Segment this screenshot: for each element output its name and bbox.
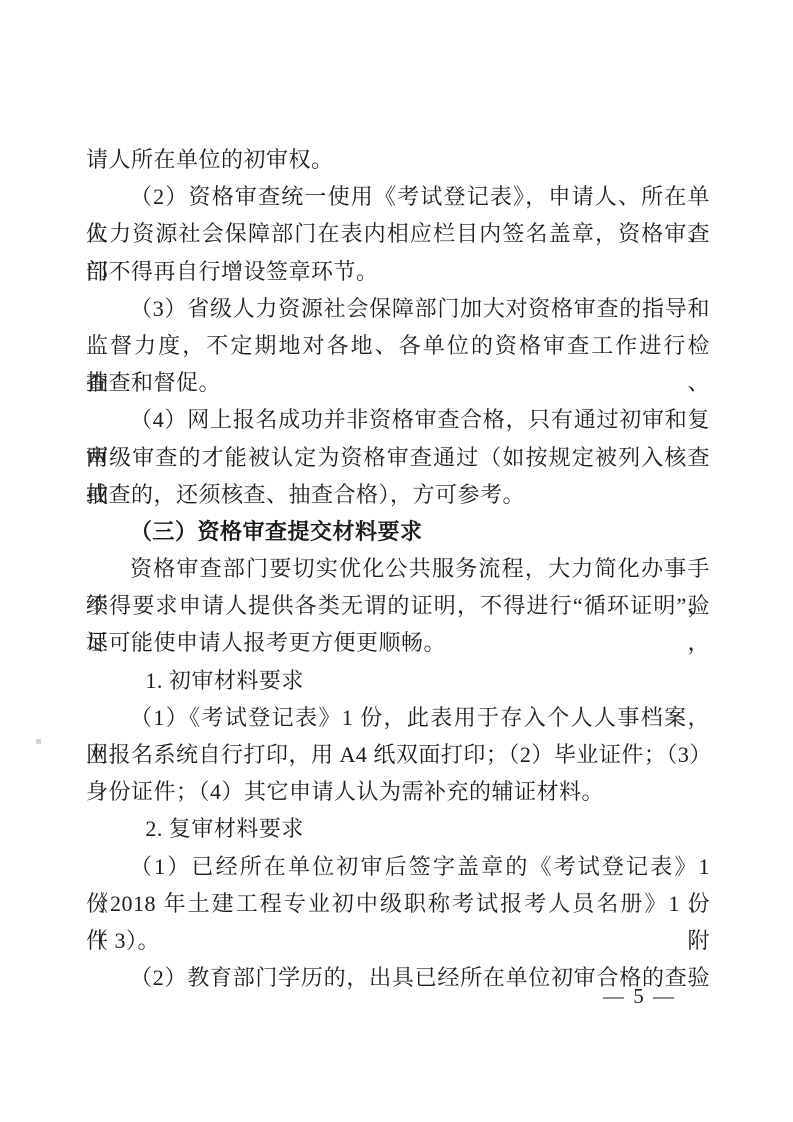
scan-artifact-speck bbox=[36, 739, 41, 744]
text-line: 人力资源社会保障部门在表内相应栏目内签名盖章，资格审查部 bbox=[86, 215, 710, 252]
text-line: （1）已经所在单位初审后签字盖章的《考试登记表》1 份、 bbox=[86, 848, 710, 885]
text-line: 上报名系统自行打印，用 A4 纸双面打印；（2）毕业证件；（3） bbox=[86, 736, 710, 773]
text-line: 身份证件；（4）其它申请人认为需补充的辅证材料。 bbox=[86, 773, 710, 810]
document-body: 请人所在单位的初审权。 （2）资格审查统一使用《考试登记表》，申请人、所在单位、… bbox=[86, 141, 710, 996]
text-line: （3）省级人力资源社会保障部门加大对资格审查的指导和 bbox=[86, 290, 710, 327]
subsection-heading: 1. 初审材料要求 bbox=[86, 662, 710, 699]
text-line: 监督力度，不定期地对各地、各单位的资格审查工作进行检查、 bbox=[86, 327, 710, 364]
text-line: （1）《考试登记表》1 份，此表用于存入个人人事档案，网 bbox=[86, 699, 710, 736]
page-number: — 5 — bbox=[603, 984, 676, 1008]
document-page: 请人所在单位的初审权。 （2）资格审查统一使用《考试登记表》，申请人、所在单位、… bbox=[0, 0, 793, 1122]
text-line: 《2018 年土建工程专业初中级职称考试报考人员名册》1 份（附 bbox=[86, 885, 710, 922]
text-line: （2）资格审查统一使用《考试登记表》，申请人、所在单位、 bbox=[86, 178, 710, 215]
text-line: 抽查的，还须核查、抽查合格），方可参考。 bbox=[86, 476, 710, 513]
subsection-heading: 2. 复审材料要求 bbox=[86, 810, 710, 847]
text-line: （4）网上报名成功并非资格审查合格，只有通过初审和复审 bbox=[86, 401, 710, 438]
text-line: 资格审查部门要切实优化公共服务流程，大力简化办事手续， bbox=[86, 550, 710, 587]
text-line: 不得要求申请人提供各类无谓的证明，不得进行“循环证明”验证， bbox=[86, 587, 710, 624]
text-line: 请人所在单位的初审权。 bbox=[86, 141, 710, 178]
text-line: 门不得再自行增设签章环节。 bbox=[86, 253, 710, 290]
section-heading: （三）资格审查提交材料要求 bbox=[86, 513, 710, 550]
text-line: 两级审查的才能被认定为资格审查通过（如按规定被列入核查或 bbox=[86, 439, 710, 476]
